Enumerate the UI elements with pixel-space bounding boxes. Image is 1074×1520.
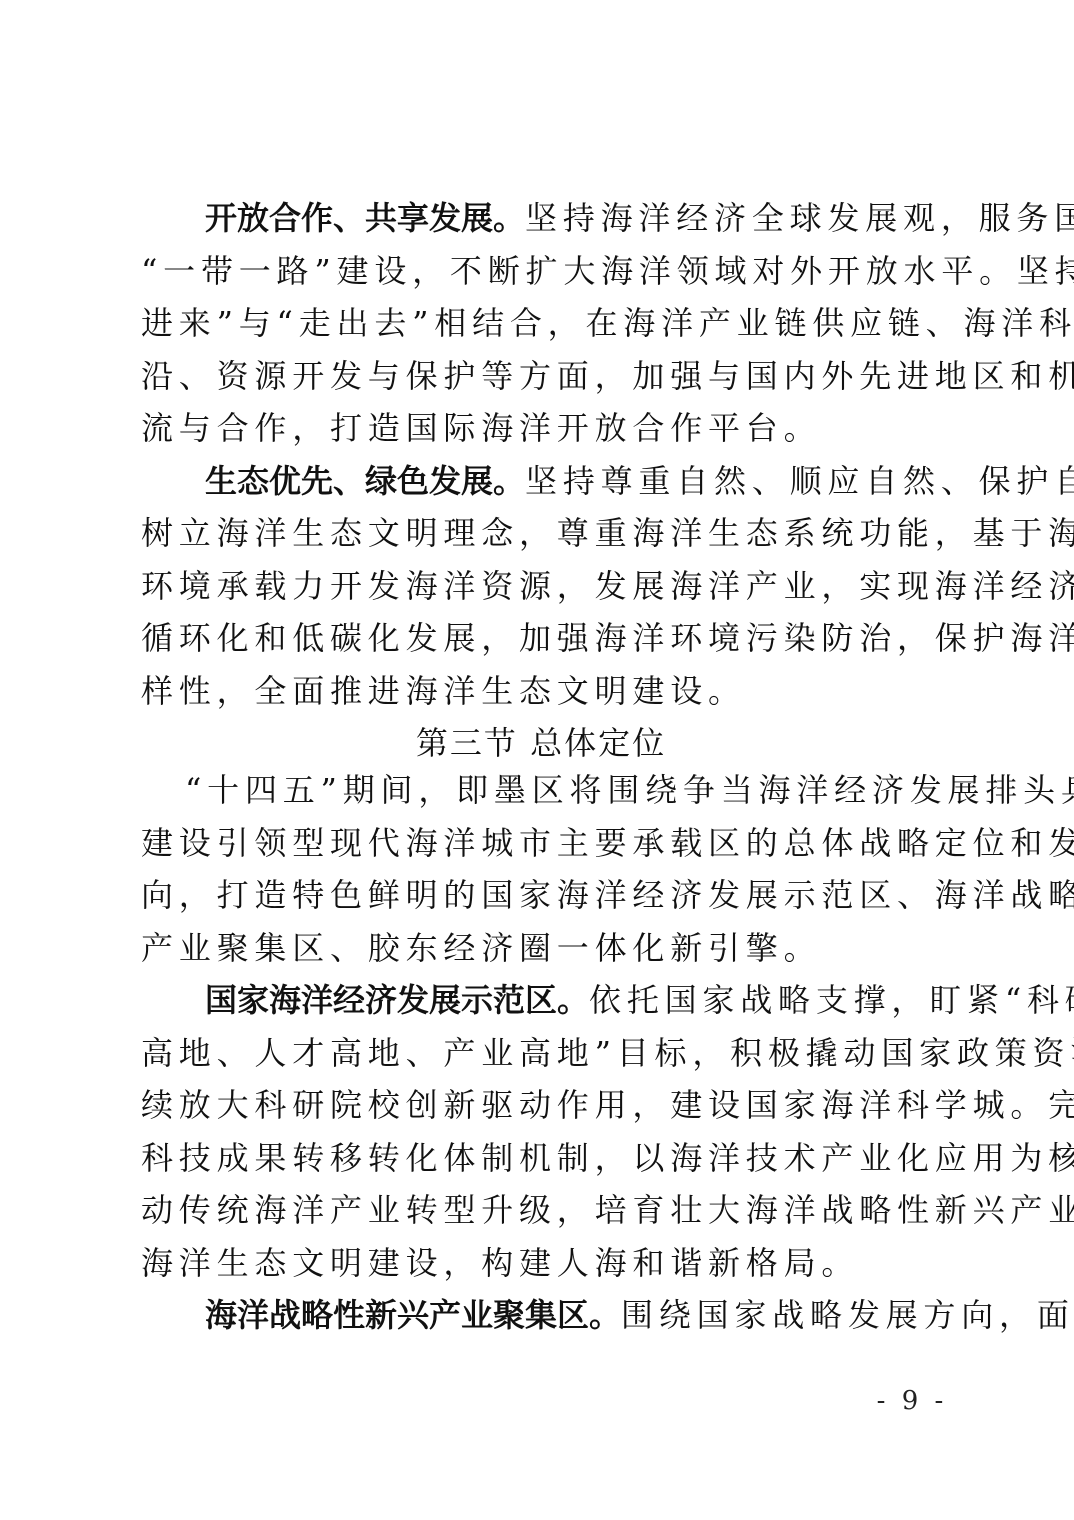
paragraph-line: “十四五”期间，即墨区将围绕争当海洋经济发展排头兵、: [141, 768, 941, 821]
paragraph-text: 坚持尊重自然、顺应自然、保护自然，: [525, 462, 1074, 500]
page-number: - 9 -: [872, 1386, 952, 1416]
paragraph-line: 海洋战略性新兴产业聚集区。围绕国家战略发展方向，面向: [141, 1293, 941, 1346]
paragraph-line: 向，打造特色鲜明的国家海洋经济发展示范区、海洋战略性新兴: [141, 873, 941, 926]
paragraph-text: 坚持海洋经济全球发展观，服务国家: [525, 199, 1074, 237]
paragraph-line: 流与合作，打造国际海洋开放合作平台。: [141, 406, 941, 459]
paragraph-lead: 生态优先、绿色发展。: [205, 462, 525, 500]
paragraph-lead: 海洋战略性新兴产业聚集区。: [205, 1296, 621, 1334]
paragraph-line: 样性，全面推进海洋生态文明建设。: [141, 669, 941, 722]
paragraph-line: 产业聚集区、胶东经济圈一体化新引擎。: [141, 926, 941, 979]
paragraph-text: 围绕国家战略发展方向，面向: [621, 1296, 1074, 1334]
paragraph-line: 开放合作、共享发展。坚持海洋经济全球发展观，服务国家: [141, 196, 941, 249]
paragraph-line: 树立海洋生态文明理念，尊重海洋生态系统功能，基于海域资源: [141, 511, 941, 564]
paragraph-line: 沿、资源开发与保护等方面，加强与国内外先进地区和机构的交: [141, 354, 941, 407]
paragraph-line: 海洋生态文明建设，构建人海和谐新格局。: [141, 1241, 941, 1294]
paragraph-line: “一带一路”建设，不断扩大海洋领域对外开放水平。坚持“请: [141, 249, 941, 302]
section-heading: 第三节 总体定位: [141, 721, 941, 768]
paragraph-line: 高地、人才高地、产业高地”目标，积极撬动国家政策资源，持: [141, 1031, 941, 1084]
document-page: 开放合作、共享发展。坚持海洋经济全球发展观，服务国家 “一带一路”建设，不断扩大…: [141, 196, 941, 1346]
paragraph-line: 动传统海洋产业转型升级，培育壮大海洋战略性新兴产业，加强: [141, 1188, 941, 1241]
paragraph-line: 建设引领型现代海洋城市主要承载区的总体战略定位和发展方: [141, 821, 941, 874]
paragraph-line: 生态优先、绿色发展。坚持尊重自然、顺应自然、保护自然，: [141, 459, 941, 512]
paragraph-lead: 国家海洋经济发展示范区。: [205, 981, 589, 1019]
paragraph-line: 国家海洋经济发展示范区。依托国家战略支撑，盯紧“科研: [141, 978, 941, 1031]
paragraph-line: 循环化和低碳化发展，加强海洋环境污染防治，保护海洋生物多: [141, 616, 941, 669]
paragraph-line: 进来”与“走出去”相结合，在海洋产业链供应链、海洋科技前: [141, 301, 941, 354]
paragraph-line: 续放大科研院校创新驱动作用，建设国家海洋科学城。完善海洋: [141, 1083, 941, 1136]
paragraph-lead: 开放合作、共享发展。: [205, 199, 525, 237]
paragraph-text: 依托国家战略支撑，盯紧“科研: [589, 981, 1074, 1019]
paragraph-line: 环境承载力开发海洋资源，发展海洋产业，实现海洋经济生态化、: [141, 564, 941, 617]
paragraph-line: 科技成果转移转化体制机制，以海洋技术产业化应用为核心，推: [141, 1136, 941, 1189]
